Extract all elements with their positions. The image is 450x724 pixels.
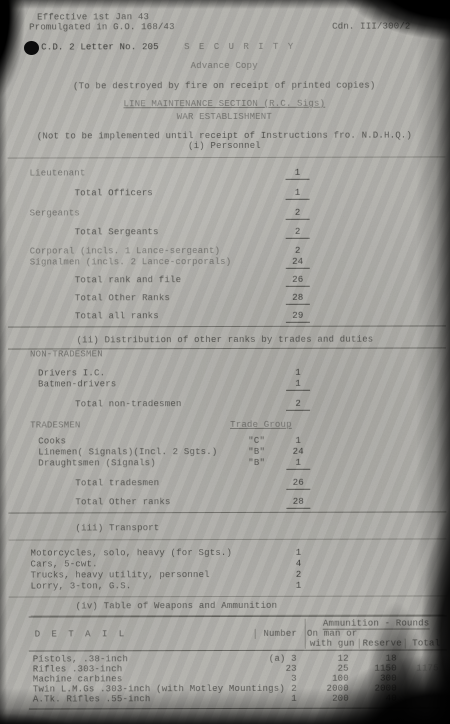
trade-group-header-text: Trade Group xyxy=(230,420,292,430)
rank-label: Lieutenant xyxy=(29,168,85,179)
total-count: 28 xyxy=(286,497,310,509)
weapon-total xyxy=(405,673,447,683)
vehicle-label: Trucks, heavy utility, personnel xyxy=(31,570,210,581)
weapons-table-header: D E T A I L Number Ammunition - Rounds O… xyxy=(29,616,447,651)
col-header-ammunition: Ammunition - Rounds xyxy=(305,618,447,628)
vehicle-count: 4 xyxy=(287,559,311,570)
total-label: Total tradesmen xyxy=(75,478,159,489)
col-header-detail: D E T A I L xyxy=(29,629,255,640)
promulgated-text: Promulgated in G.O. 168/43 xyxy=(29,22,175,32)
personnel-row: Signalmen (incls. 2 Lance-corporals) 24 xyxy=(0,256,450,268)
vehicle-count: 2 xyxy=(287,570,311,581)
personnel-row: Sergeants 2 xyxy=(0,207,450,219)
rule-1 xyxy=(7,156,445,158)
weapon-number: 1 xyxy=(255,694,305,704)
weapon-detail: Rifles .303-inch xyxy=(29,664,255,675)
rank-label: Sergeants xyxy=(30,208,80,219)
document-content: Effective 1st Jan 43 Promulgated in G.O.… xyxy=(0,0,450,724)
personnel-row: Total Other Ranks 28 xyxy=(0,292,450,304)
destroy-note: (To be destroyed by fire on receipt of p… xyxy=(0,80,449,91)
weapon-reserve: 40 xyxy=(359,694,405,704)
weapon-row: A.Tk. Rifles .55-inch 1 200 40 xyxy=(29,693,447,704)
weapon-onman: 100 xyxy=(305,674,359,684)
weapon-detail: A.Tk. Rifles .55-inch xyxy=(29,694,255,705)
col-header-total: Total xyxy=(405,638,447,648)
weapon-number: 3 xyxy=(255,674,305,684)
trade-count: 24 xyxy=(286,447,310,458)
weapon-onman: 200 xyxy=(305,694,359,704)
trade-count: 1 xyxy=(286,458,310,470)
scanned-document-page: Effective 1st Jan 43 Promulgated in G.O.… xyxy=(0,0,450,724)
vehicle-label: Cars, 5-cwt. xyxy=(31,559,98,570)
section-ii-heading: (ii) Distribution of other ranks by trad… xyxy=(0,334,450,345)
rank-label: Total Other Ranks xyxy=(75,293,170,304)
trade-group: "C" xyxy=(248,436,265,447)
non-tradesmen-header: NON-TRADESMEN xyxy=(0,348,450,360)
tradesmen-row: Draughtsmen (Signals) "B" 1 xyxy=(0,457,450,469)
hole-punch-mark xyxy=(24,41,39,55)
weapon-reserve: 18 xyxy=(359,654,405,664)
trade-label: Draughtsmen (Signals) xyxy=(38,458,156,469)
tradesmen-label: TRADESMEN xyxy=(30,420,80,431)
trade-group: "B" xyxy=(248,447,265,458)
file-reference: Cdn. III/300/2 xyxy=(332,22,410,32)
security-classification: S E C U R I T Y xyxy=(184,42,295,52)
total-label: Total Other ranks xyxy=(75,497,170,508)
weapon-detail: Twin L.M.Gs .303-inch (with Motley Mount… xyxy=(29,684,255,695)
personnel-row: Total rank and file 26 xyxy=(0,274,450,286)
rank-count: 29 xyxy=(286,311,310,323)
col-header-on-man-line1: On man or xyxy=(306,629,359,639)
weapon-onman: 12 xyxy=(305,654,359,664)
rank-count: 26 xyxy=(286,275,310,287)
section-iii-heading: (iii) Transport xyxy=(75,523,159,534)
war-establishment-label: WAR ESTABLISHMENT xyxy=(0,111,449,122)
trade-group-header: Trade Group xyxy=(230,420,292,431)
duty-count: 1 xyxy=(286,368,310,379)
col-header-reserve: Reserve xyxy=(359,639,405,649)
weapon-number: 2 xyxy=(255,684,305,694)
rank-count: 24 xyxy=(286,257,310,269)
rank-count: 28 xyxy=(286,293,310,305)
vehicle-label: Lorry, 3-ton, G.S. xyxy=(31,581,132,592)
vehicle-count: 1 xyxy=(287,581,311,592)
weapons-table-body: Pistols, .38-inch (a) 3 12 18 Rifles .30… xyxy=(29,653,447,708)
section-i-heading: (i) Personnel xyxy=(0,140,449,151)
unit-title: LINE MAINTENANCE SECTION (R.C. Sigs) xyxy=(0,98,449,109)
tradesmen-header-row: TRADESMEN Trade Group xyxy=(0,419,450,431)
rank-label: Total rank and file xyxy=(75,275,181,286)
personnel-row: Total Officers 1 xyxy=(0,187,450,199)
duty-label: Total non-tradesmen xyxy=(75,399,181,410)
non-tradesmen-total-row: Total non-tradesmen 2 xyxy=(0,398,450,410)
rule-4 xyxy=(8,511,446,513)
total-count: 26 xyxy=(286,478,310,490)
weapon-number: (a) 3 xyxy=(255,654,305,664)
letter-number: C.D. 2 Letter No. 205 xyxy=(41,42,159,52)
other-ranks-total-row: Total Other ranks 28 xyxy=(0,496,450,508)
weapon-total xyxy=(405,683,447,693)
vehicle-label: Motorcycles, solo, heavy (for Sgts.) xyxy=(30,548,232,560)
weapon-onman: 25 xyxy=(305,664,359,674)
tradesmen-total-row: Total tradesmen 26 xyxy=(0,477,450,489)
weapon-total: 1175 xyxy=(405,663,447,673)
duty-count: 2 xyxy=(286,399,310,411)
vehicle-count: 1 xyxy=(286,548,310,559)
personnel-row: Lieutenant 1 xyxy=(0,167,450,179)
rank-label: Corporal (incls. 1 Lance-sergeant) xyxy=(30,246,220,257)
col-header-number: Number xyxy=(255,629,305,639)
promulgated-line: Promulgated in G.O. 168/43 Cdn. III/300/… xyxy=(0,21,449,32)
rank-count: 1 xyxy=(286,188,310,200)
non-tradesmen-label: NON-TRADESMEN xyxy=(30,349,103,360)
weapon-detail: Machine carbines xyxy=(29,674,255,685)
duty-label: Batmen-drivers xyxy=(38,379,116,390)
weapon-detail: Pistols, .38-inch xyxy=(29,654,255,665)
rank-count: 1 xyxy=(285,168,309,180)
advance-copy-label: Advance Copy xyxy=(0,60,449,71)
duty-label: Drivers I.C. xyxy=(38,368,105,379)
trade-label: Cooks xyxy=(38,436,66,447)
section-iv-heading: (iv) Table of Weapons and Ammunition xyxy=(76,601,278,613)
rank-count: 2 xyxy=(286,208,310,220)
weapon-reserve: 1150 xyxy=(359,664,405,674)
weapon-onman: 2000 xyxy=(305,684,359,694)
col-header-on-man-line2: with gun xyxy=(306,639,359,649)
col-header-on-man: On man or with gun xyxy=(305,629,359,649)
section-iv-heading-row: (iv) Table of Weapons and Ammunition xyxy=(1,600,450,612)
unit-title-text: LINE MAINTENANCE SECTION (R.C. Sigs) xyxy=(123,99,325,110)
effective-date: Effective 1st Jan 43 xyxy=(37,12,149,22)
rank-label: Total Sergeants xyxy=(75,227,159,238)
trade-count: 1 xyxy=(286,436,310,447)
letter-line: C.D. 2 Letter No. 205 S E C U R I T Y xyxy=(0,41,449,53)
rank-label: Total Officers xyxy=(75,188,153,199)
rank-label: Signalmen (incls. 2 Lance-corporals) xyxy=(30,257,232,269)
trade-label: Linemen( Signals)(Incl. 2 Sgts.) xyxy=(38,447,217,458)
non-tradesmen-row: Batmen-drivers 1 xyxy=(0,378,450,390)
duty-count: 1 xyxy=(286,379,310,391)
rank-label: Total all ranks xyxy=(75,311,159,322)
rank-count: 2 xyxy=(286,246,310,257)
section-iii-heading-row: (iii) Transport xyxy=(0,522,450,534)
personnel-row: Total all ranks 29 xyxy=(0,310,450,322)
transport-row: Lorry, 3-ton, G.S. 1 xyxy=(1,580,450,592)
weapons-table: D E T A I L Number Ammunition - Rounds O… xyxy=(29,615,447,709)
rule-5 xyxy=(8,538,446,540)
rank-count: 2 xyxy=(286,227,310,239)
trade-group: "B" xyxy=(248,458,265,469)
weapon-reserve: 2000 xyxy=(359,684,405,694)
rule-2 xyxy=(8,325,446,327)
weapon-total xyxy=(405,693,447,703)
weapon-number: 23 xyxy=(255,664,305,674)
weapon-reserve: 300 xyxy=(359,674,405,684)
personnel-row: Total Sergeants 2 xyxy=(0,226,450,238)
rule-6 xyxy=(9,595,447,597)
weapon-total xyxy=(405,653,447,663)
